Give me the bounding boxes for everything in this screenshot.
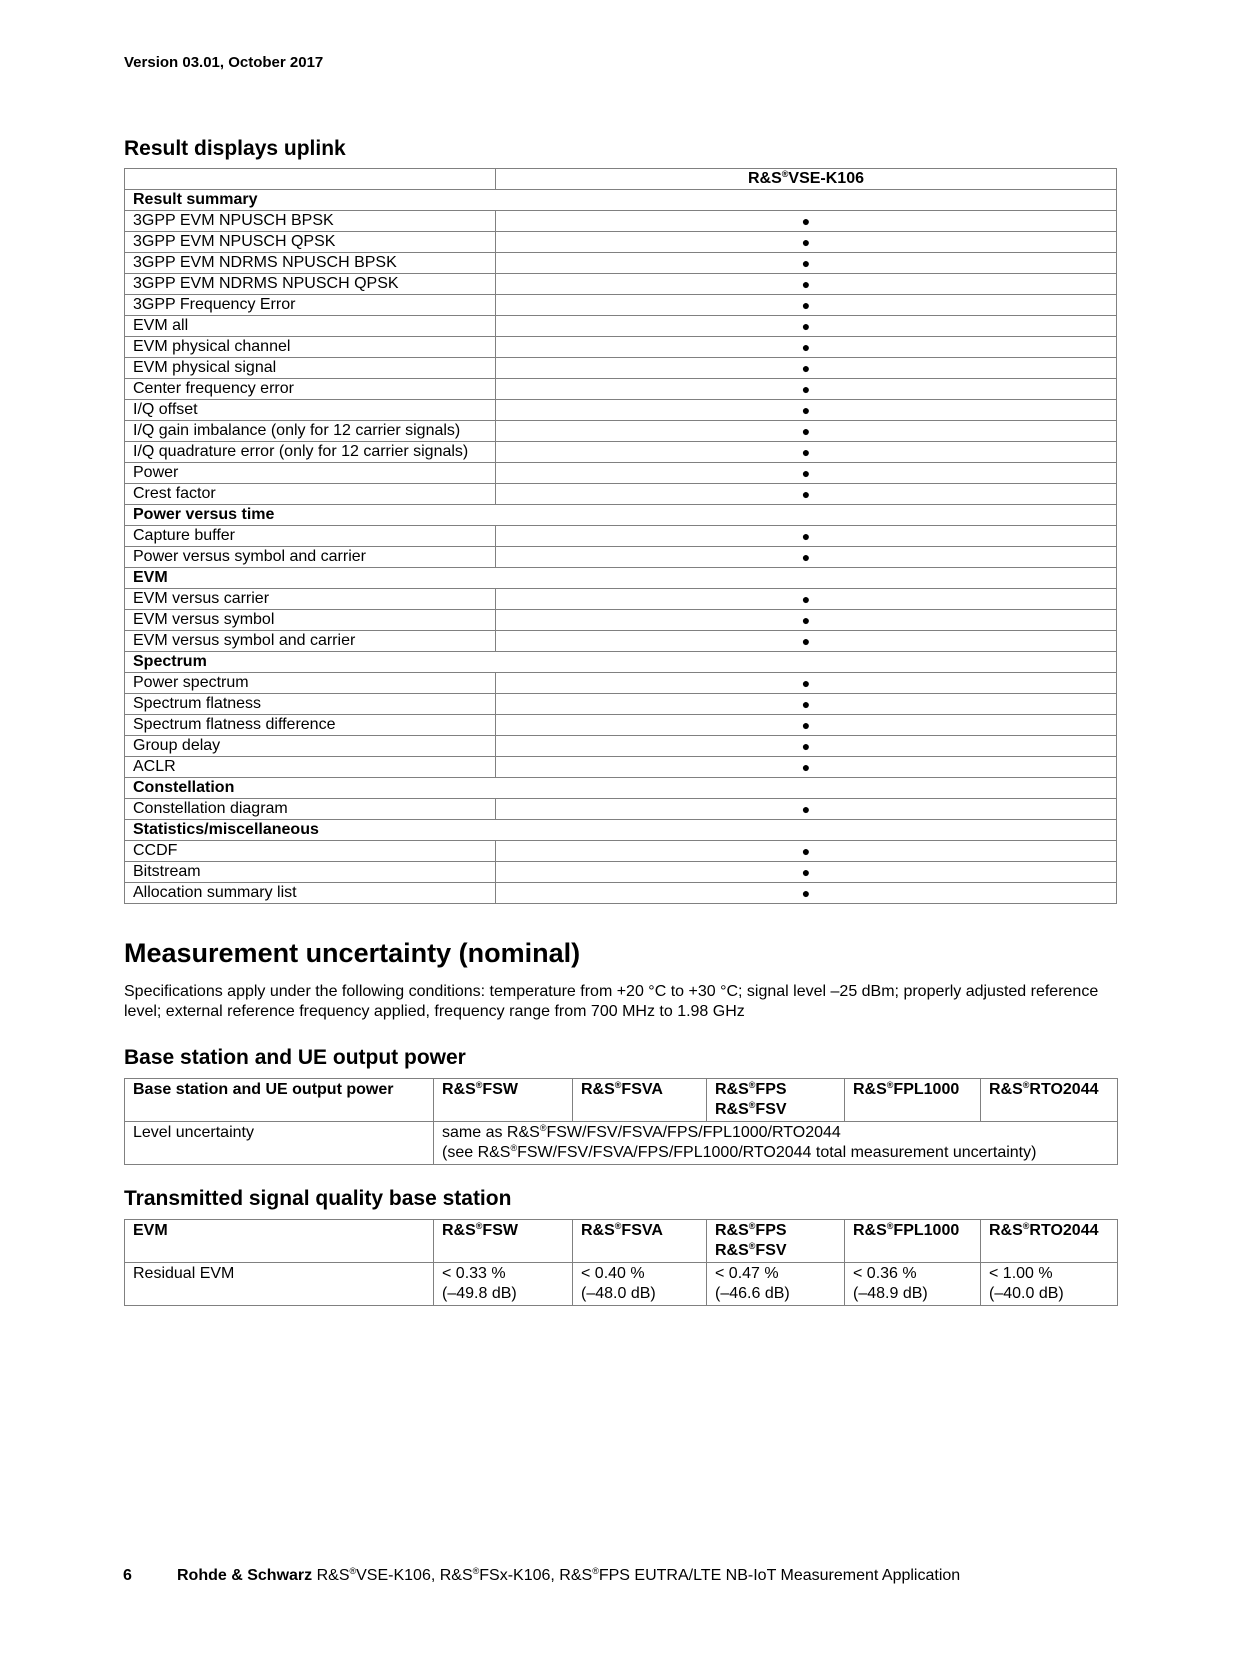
table-row: EVM versus symbol● (125, 610, 1117, 631)
instrument-column-header: R&S®FSVA (573, 1220, 707, 1263)
table-header-row: R&S®VSE-K106 (125, 169, 1117, 190)
category-label: EVM (125, 568, 1117, 589)
supported-bullet-icon: ● (496, 442, 1117, 463)
category-row: Spectrum (125, 652, 1117, 673)
result-display-label: I/Q offset (125, 400, 496, 421)
result-displays-uplink-table: R&S®VSE-K106 Result summary3GPP EVM NPUS… (124, 168, 1117, 904)
instrument-column-header: R&S®RTO2044 (981, 1220, 1118, 1263)
supported-bullet-icon: ● (496, 694, 1117, 715)
supported-bullet-icon: ● (496, 463, 1117, 484)
table-row: 3GPP EVM NPUSCH BPSK● (125, 211, 1117, 232)
evm-header-label: EVM (125, 1220, 434, 1263)
supported-bullet-icon: ● (496, 757, 1117, 778)
result-display-label: Power versus symbol and carrier (125, 547, 496, 568)
category-row: Statistics/miscellaneous (125, 820, 1117, 841)
table-row: EVM physical channel● (125, 337, 1117, 358)
table-header-row: EVM R&S®FSWR&S®FSVAR&S®FPSR&S®FSVR&S®FPL… (125, 1220, 1118, 1263)
result-display-label: 3GPP Frequency Error (125, 295, 496, 316)
empty-header-cell (125, 169, 496, 190)
result-display-label: Spectrum flatness (125, 694, 496, 715)
supported-bullet-icon: ● (496, 547, 1117, 568)
result-display-label: Crest factor (125, 484, 496, 505)
result-display-label: Group delay (125, 736, 496, 757)
category-label: Statistics/miscellaneous (125, 820, 1117, 841)
table-row: 3GPP EVM NPUSCH QPSK● (125, 232, 1117, 253)
category-row: Power versus time (125, 505, 1117, 526)
result-display-label: EVM all (125, 316, 496, 337)
supported-bullet-icon: ● (496, 484, 1117, 505)
vse-k106-column-header: R&S®VSE-K106 (496, 169, 1117, 190)
category-row: EVM (125, 568, 1117, 589)
supported-bullet-icon: ● (496, 526, 1117, 547)
table-row: EVM all● (125, 316, 1117, 337)
level-uncertainty-value: same as R&S®FSW/FSV/FSVA/FPS/FPL1000/RTO… (434, 1122, 1118, 1165)
supported-bullet-icon: ● (496, 715, 1117, 736)
table-row: Center frequency error● (125, 379, 1117, 400)
category-label: Constellation (125, 778, 1117, 799)
supported-bullet-icon: ● (496, 337, 1117, 358)
residual-evm-value: < 1.00 %(–40.0 dB) (981, 1263, 1118, 1306)
supported-bullet-icon: ● (496, 316, 1117, 337)
supported-bullet-icon: ● (496, 274, 1117, 295)
instrument-column-header: R&S®FSW (434, 1079, 573, 1122)
section-title-bs-ue-output-power: Base station and UE output power (124, 1046, 466, 1070)
instrument-column-header: R&S®FPL1000 (845, 1220, 981, 1263)
residual-evm-value: < 0.33 %(–49.8 dB) (434, 1263, 573, 1306)
table-row: EVM versus carrier● (125, 589, 1117, 610)
residual-evm-value: < 0.36 %(–48.9 dB) (845, 1263, 981, 1306)
table-row: Power● (125, 463, 1117, 484)
instrument-column-header: R&S®FSVA (573, 1079, 707, 1122)
specification-conditions-text: Specifications apply under the following… (124, 982, 1124, 1022)
table-row: Constellation diagram● (125, 799, 1117, 820)
supported-bullet-icon: ● (496, 673, 1117, 694)
result-display-label: 3GPP EVM NDRMS NPUSCH BPSK (125, 253, 496, 274)
table-row: 3GPP Frequency Error● (125, 295, 1117, 316)
instrument-column-header: R&S®FPSR&S®FSV (707, 1079, 845, 1122)
result-display-label: EVM versus carrier (125, 589, 496, 610)
result-display-label: Power (125, 463, 496, 484)
result-display-label: 3GPP EVM NPUSCH QPSK (125, 232, 496, 253)
supported-bullet-icon: ● (496, 400, 1117, 421)
supported-bullet-icon: ● (496, 883, 1117, 904)
row-label-level-uncertainty: Level uncertainty (125, 1122, 434, 1165)
supported-bullet-icon: ● (496, 211, 1117, 232)
instrument-column-header: R&S®FPL1000 (845, 1079, 981, 1122)
transmitted-signal-quality-table: EVM R&S®FSWR&S®FSVAR&S®FPSR&S®FSVR&S®FPL… (124, 1219, 1118, 1306)
result-display-label: Capture buffer (125, 526, 496, 547)
result-display-label: I/Q gain imbalance (only for 12 carrier … (125, 421, 496, 442)
residual-evm-value: < 0.40 %(–48.0 dB) (573, 1263, 707, 1306)
table-row: Power spectrum● (125, 673, 1117, 694)
supported-bullet-icon: ● (496, 379, 1117, 400)
result-display-label: Allocation summary list (125, 883, 496, 904)
result-display-label: EVM physical channel (125, 337, 496, 358)
category-label: Power versus time (125, 505, 1117, 526)
supported-bullet-icon: ● (496, 631, 1117, 652)
table-row: EVM versus symbol and carrier● (125, 631, 1117, 652)
supported-bullet-icon: ● (496, 589, 1117, 610)
table-row: EVM physical signal● (125, 358, 1117, 379)
result-display-label: EVM versus symbol and carrier (125, 631, 496, 652)
supported-bullet-icon: ● (496, 799, 1117, 820)
supported-bullet-icon: ● (496, 736, 1117, 757)
category-label: Spectrum (125, 652, 1117, 673)
result-display-label: I/Q quadrature error (only for 12 carrie… (125, 442, 496, 463)
footer-product-list: R&S®VSE-K106, R&S®FSx-K106, R&S®FPS EUTR… (312, 1567, 960, 1584)
table-row: CCDF● (125, 841, 1117, 862)
table-row: Allocation summary list● (125, 883, 1117, 904)
supported-bullet-icon: ● (496, 232, 1117, 253)
page-footer: 6Rohde & Schwarz R&S®VSE-K106, R&S®FSx-K… (123, 1567, 960, 1585)
table-row: 3GPP EVM NDRMS NPUSCH BPSK● (125, 253, 1117, 274)
category-row: Result summary (125, 190, 1117, 211)
bs-ue-output-power-table: Base station and UE output power R&S®FSW… (124, 1078, 1118, 1165)
table-row: Residual EVM < 0.33 %(–49.8 dB)< 0.40 %(… (125, 1263, 1118, 1306)
result-display-label: Spectrum flatness difference (125, 715, 496, 736)
instrument-column-header: R&S®FSW (434, 1220, 573, 1263)
instrument-column-header: R&S®RTO2044 (981, 1079, 1118, 1122)
document-version: Version 03.01, October 2017 (124, 54, 323, 71)
result-display-label: ACLR (125, 757, 496, 778)
table-row: Capture buffer● (125, 526, 1117, 547)
supported-bullet-icon: ● (496, 610, 1117, 631)
table-row: I/Q quadrature error (only for 12 carrie… (125, 442, 1117, 463)
page-number: 6 (123, 1567, 177, 1585)
table-row: Spectrum flatness difference● (125, 715, 1117, 736)
result-display-label: Center frequency error (125, 379, 496, 400)
section-title-transmitted-signal-quality: Transmitted signal quality base station (124, 1187, 511, 1211)
category-row: Constellation (125, 778, 1117, 799)
table-row: Level uncertainty same as R&S®FSW/FSV/FS… (125, 1122, 1118, 1165)
section-title-measurement-uncertainty: Measurement uncertainty (nominal) (124, 938, 580, 969)
category-label: Result summary (125, 190, 1117, 211)
table-row: Group delay● (125, 736, 1117, 757)
result-display-label: 3GPP EVM NDRMS NPUSCH QPSK (125, 274, 496, 295)
result-display-label: EVM physical signal (125, 358, 496, 379)
result-display-label: Bitstream (125, 862, 496, 883)
result-display-label: EVM versus symbol (125, 610, 496, 631)
result-display-label: Power spectrum (125, 673, 496, 694)
footer-brand: Rohde & Schwarz (177, 1567, 312, 1584)
table-row: Power versus symbol and carrier● (125, 547, 1117, 568)
section-title-result-displays-uplink: Result displays uplink (124, 137, 346, 161)
result-display-label: 3GPP EVM NPUSCH BPSK (125, 211, 496, 232)
result-display-label: CCDF (125, 841, 496, 862)
table-row: 3GPP EVM NDRMS NPUSCH QPSK● (125, 274, 1117, 295)
supported-bullet-icon: ● (496, 295, 1117, 316)
instrument-column-header: R&S®FPSR&S®FSV (707, 1220, 845, 1263)
residual-evm-value: < 0.47 %(–46.6 dB) (707, 1263, 845, 1306)
table-row: Crest factor● (125, 484, 1117, 505)
table-header-row: Base station and UE output power R&S®FSW… (125, 1079, 1118, 1122)
table-row: Bitstream● (125, 862, 1117, 883)
supported-bullet-icon: ● (496, 421, 1117, 442)
table-row: I/Q gain imbalance (only for 12 carrier … (125, 421, 1117, 442)
supported-bullet-icon: ● (496, 358, 1117, 379)
uplink-table-body: Result summary3GPP EVM NPUSCH BPSK●3GPP … (125, 190, 1117, 904)
table-row: Spectrum flatness● (125, 694, 1117, 715)
supported-bullet-icon: ● (496, 253, 1117, 274)
supported-bullet-icon: ● (496, 841, 1117, 862)
row-label-residual-evm: Residual EVM (125, 1263, 434, 1306)
bs-header-label: Base station and UE output power (125, 1079, 434, 1122)
supported-bullet-icon: ● (496, 862, 1117, 883)
result-display-label: Constellation diagram (125, 799, 496, 820)
table-row: ACLR● (125, 757, 1117, 778)
table-row: I/Q offset● (125, 400, 1117, 421)
